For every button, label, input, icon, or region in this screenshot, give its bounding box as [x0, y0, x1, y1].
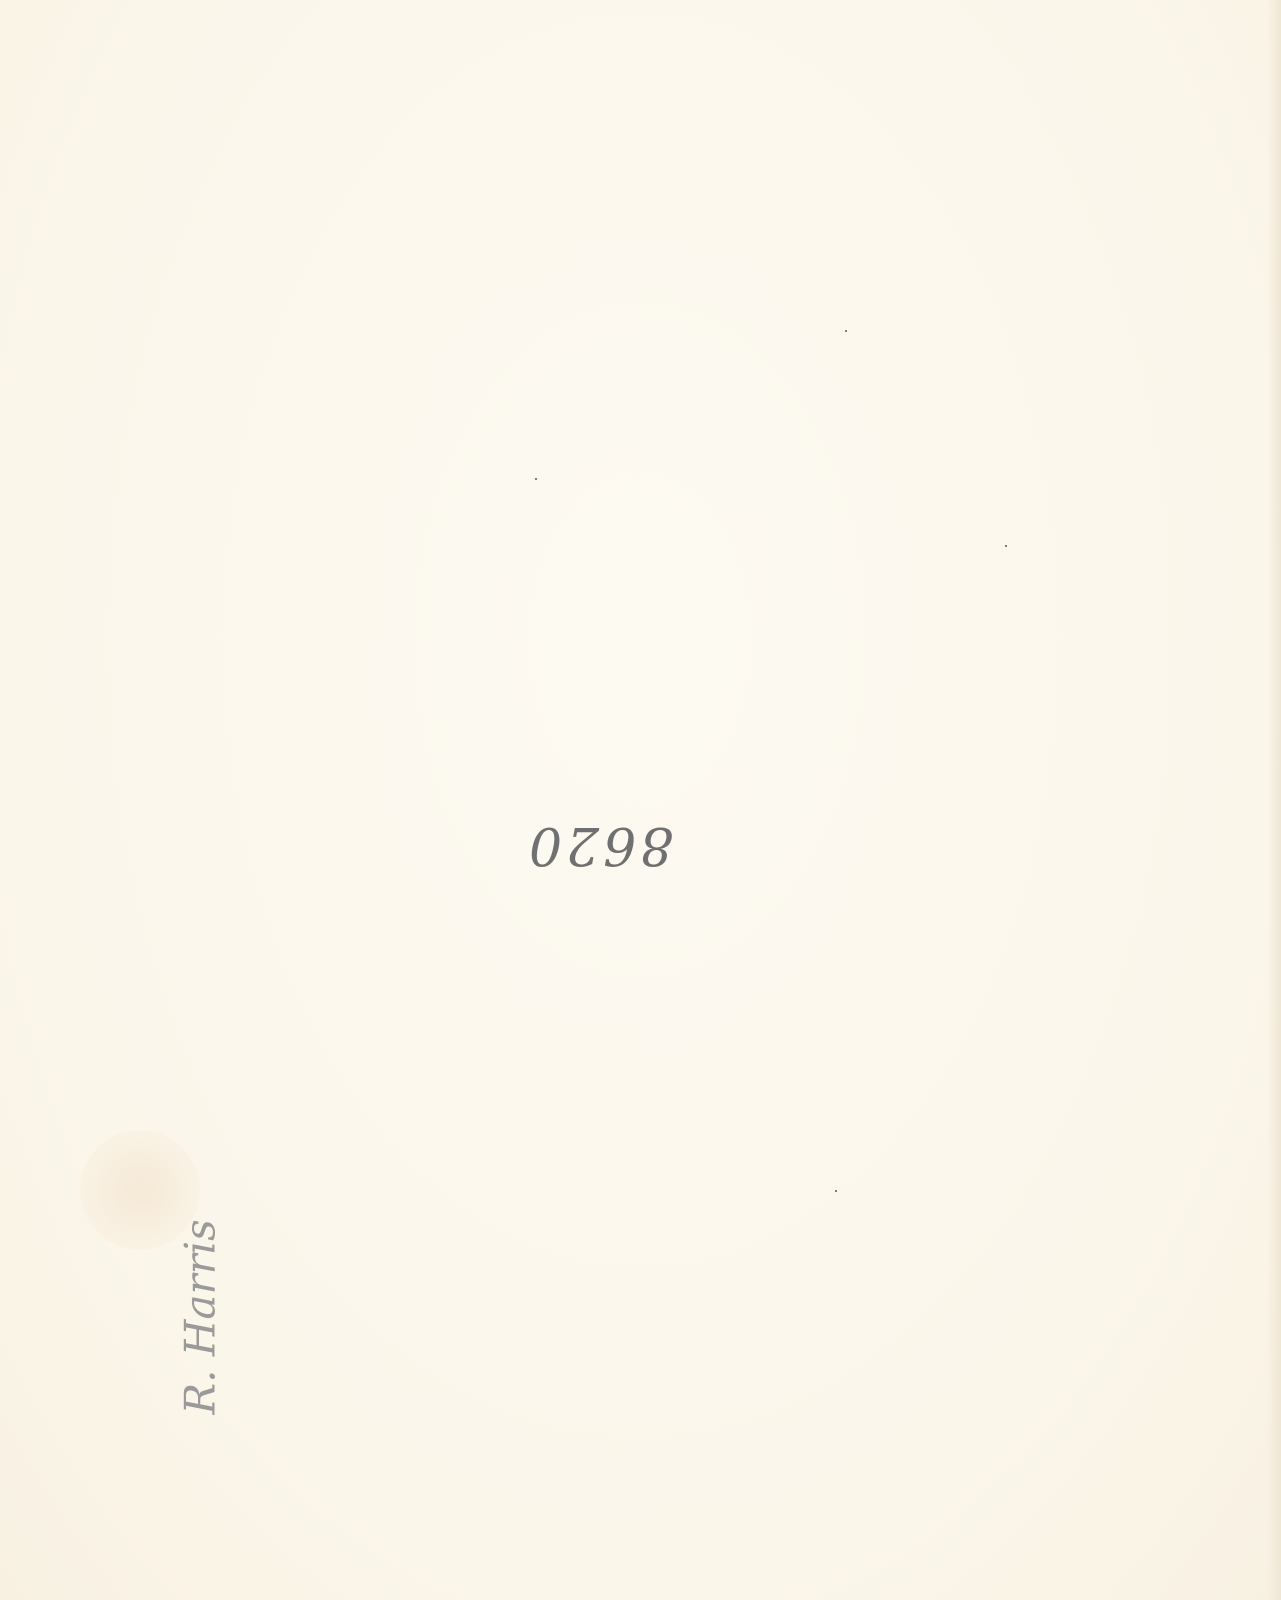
- paper-speck: [835, 1190, 837, 1192]
- paper-speck: [535, 478, 537, 480]
- handwritten-number: 8620: [525, 815, 673, 875]
- paper-speck: [1005, 545, 1007, 547]
- paper-edge-shadow: [1267, 0, 1281, 1600]
- paper-speck: [845, 330, 847, 332]
- handwritten-name: R. Harris: [176, 1175, 225, 1415]
